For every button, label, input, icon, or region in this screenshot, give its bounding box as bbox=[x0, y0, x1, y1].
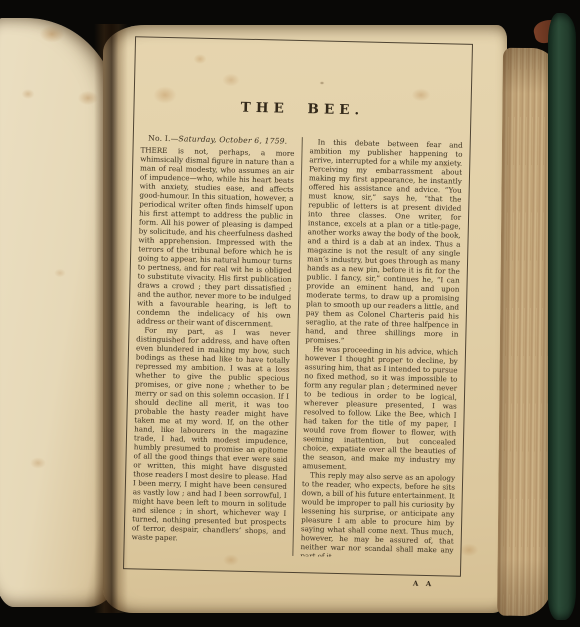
printed-page-frame: THE BEE. No. I.—Saturday, October 6, 175… bbox=[123, 36, 473, 577]
left-page bbox=[0, 18, 118, 607]
paragraph: THERE is not, perhaps, a more whimsicall… bbox=[137, 145, 295, 328]
photo-of-open-book: THE BEE. No. I.—Saturday, October 6, 175… bbox=[0, 0, 580, 627]
issue-separator: — bbox=[171, 134, 179, 143]
left-column: No. I.—Saturday, October 6, 1759. THERE … bbox=[124, 133, 301, 556]
text-columns: No. I.—Saturday, October 6, 1759. THERE … bbox=[124, 133, 469, 560]
paragraph: This reply may also serve as an apology … bbox=[300, 470, 455, 560]
paragraph: He was proceeding in his advice, which h… bbox=[302, 344, 458, 473]
signature-mark: A A bbox=[413, 579, 434, 588]
paragraph: For my part, as I was never distinguishe… bbox=[132, 325, 291, 544]
right-column-text: In this debate between fear and ambition… bbox=[300, 137, 463, 560]
right-column: In this debate between fear and ambition… bbox=[292, 137, 469, 560]
left-column-text: THERE is not, perhaps, a more whimsicall… bbox=[132, 145, 295, 544]
issue-number: No. I. bbox=[148, 134, 171, 144]
issue-dateline: No. I.—Saturday, October 6, 1759. bbox=[141, 133, 295, 145]
paragraph: In this debate between fear and ambition… bbox=[305, 137, 463, 347]
book-cover-green bbox=[548, 13, 576, 620]
page-title: THE BEE. bbox=[134, 97, 470, 121]
issue-date: Saturday, October 6, 1759. bbox=[178, 134, 287, 145]
